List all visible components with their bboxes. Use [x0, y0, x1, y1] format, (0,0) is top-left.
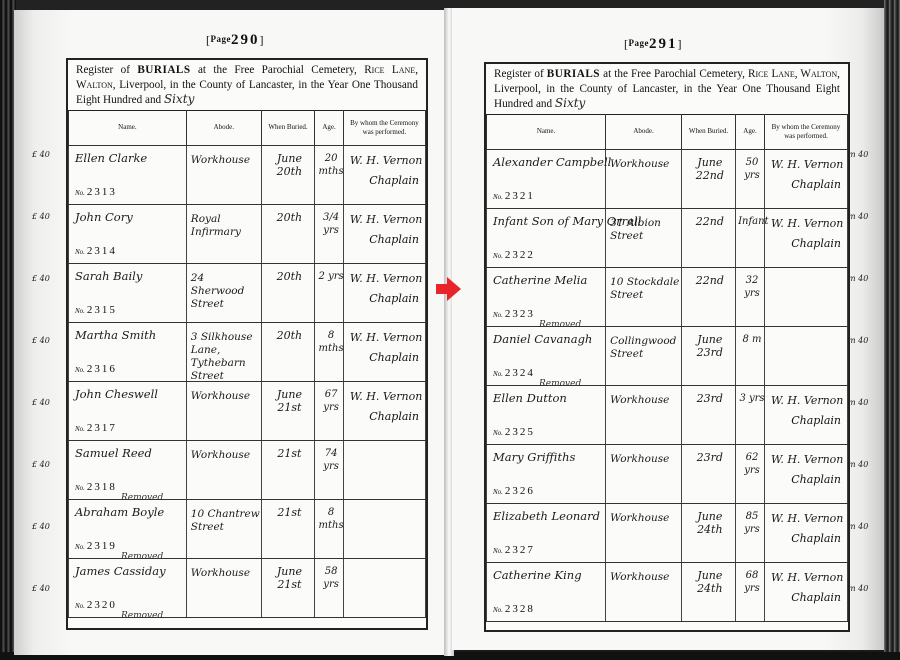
heading-year-handwritten: Sixty — [164, 92, 194, 106]
abode: 24 Sherwood Street — [191, 272, 261, 311]
age: 67 yrs — [317, 388, 345, 414]
entry-number-value: 2315 — [87, 304, 117, 316]
no-label: No. — [493, 488, 503, 496]
age: Infant — [738, 215, 766, 228]
when-buried: June 24th — [686, 569, 734, 595]
heading-text: Liverpool, in the County of Lancaster, i… — [76, 79, 418, 107]
heading-text: Liverpool, in the County of Lancaster, i… — [494, 83, 840, 111]
by-whom-cell: W. H. VernonChaplain — [764, 503, 847, 562]
heading-text: Register of — [76, 64, 137, 76]
name-cell: Ellen ClarkeNo.2313 — [69, 145, 187, 204]
when-buried-cell: June 24th — [681, 562, 735, 621]
column-header-when-buried: When Buried. — [261, 110, 315, 145]
register-heading: Register of BURIALS at the Free Parochia… — [486, 64, 848, 114]
by-whom-cell: W. H. VernonChaplain — [764, 562, 847, 621]
officiant: W. H. Vernon — [771, 158, 843, 171]
abode-cell: Workhouse — [186, 145, 261, 204]
no-label: No. — [75, 602, 85, 610]
heading-burials: BURIALS — [137, 64, 190, 76]
no-label: No. — [493, 370, 503, 378]
entry-number-value: 2321 — [505, 190, 535, 202]
margin-note: £ 40 — [32, 460, 50, 469]
margin-note: m 40 — [848, 584, 868, 593]
age: 8 mths — [317, 329, 345, 355]
deceased-name: Daniel Cavanagh — [493, 333, 592, 346]
abode: Royal Infirmary — [191, 213, 261, 239]
age-cell: 3 yrs — [736, 385, 765, 444]
no-label: No. — [75, 248, 85, 256]
when-buried-cell: 20th — [261, 204, 315, 263]
when-buried: June 21st — [266, 565, 313, 591]
entry-number: No.2318 — [75, 481, 117, 493]
column-header-abode: Abode. — [186, 110, 261, 145]
by-whom-cell — [764, 267, 847, 326]
table-row: James CassidayNo.2320RemovedWorkhouseJun… — [69, 558, 426, 617]
abode: Workhouse — [610, 453, 669, 466]
abode-cell: Workhouse — [186, 381, 261, 440]
when-buried-cell: 21st — [261, 499, 315, 558]
name-cell: John CheswellNo.2317 — [69, 381, 187, 440]
name-cell: Samuel ReedNo.2318Removed — [69, 440, 187, 499]
abode-cell: Workhouse — [606, 503, 682, 562]
by-whom-cell: W. H. VernonChaplain — [343, 204, 425, 263]
age-cell: 85 yrs — [736, 503, 765, 562]
when-buried: June 21st — [266, 388, 313, 414]
page-label: Page — [211, 34, 232, 44]
column-header-by-whom: By whom the Ceremony was performed. — [343, 110, 425, 145]
by-whom-cell — [764, 326, 847, 385]
age-cell: 8 mths — [315, 499, 344, 558]
officiant: W. H. Vernon — [771, 217, 843, 230]
when-buried-cell: 23rd — [681, 444, 735, 503]
entry-number: No.2327 — [493, 544, 535, 556]
table-row: Ellen ClarkeNo.2313WorkhouseJune 20th20 … — [69, 145, 426, 204]
no-label: No. — [493, 311, 503, 319]
register-heading: Register of BURIALS at the Free Parochia… — [68, 60, 426, 110]
deceased-name: Ellen Clarke — [75, 152, 147, 165]
table-row: Alexander CampbellNo.2321WorkhouseJune 2… — [487, 149, 848, 208]
table-row: Sarah BailyNo.231524 Sherwood Street20th… — [69, 263, 426, 322]
when-buried-cell: 21st — [261, 440, 315, 499]
margin-note: £ 40 — [32, 274, 50, 283]
when-buried-cell: June 20th — [261, 145, 315, 204]
table-row: Martha SmithNo.23163 Silkhouse Lane, Tyt… — [69, 322, 426, 381]
left-page-number: [Page290] — [206, 32, 264, 49]
column-header-abode: Abode. — [606, 114, 682, 149]
name-cell: Alexander CampbellNo.2321 — [487, 149, 606, 208]
entry-number-value: 2323 — [505, 308, 535, 320]
deceased-name: Catherine Melia — [493, 274, 587, 287]
age-cell: 8 m — [736, 326, 765, 385]
entry-number: No.2324 — [493, 367, 535, 379]
name-cell: Ellen DuttonNo.2325 — [487, 385, 606, 444]
margin-note: m 40 — [848, 150, 868, 159]
table-row: Catherine KingNo.2328WorkhouseJune 24th6… — [487, 562, 848, 621]
right-page-number: [Page291] — [624, 36, 682, 53]
margin-note: m 40 — [848, 398, 868, 407]
officiant-title: Chaplain — [791, 414, 841, 427]
entry-number-value: 2313 — [87, 186, 117, 198]
abode: 31 Albion Street — [610, 217, 681, 243]
age-cell: 74 yrs — [315, 440, 344, 499]
deceased-name: James Cassiday — [75, 565, 166, 578]
by-whom-cell — [343, 440, 425, 499]
officiant: W. H. Vernon — [350, 213, 422, 226]
when-buried: 20th — [266, 270, 313, 283]
no-label: No. — [493, 429, 503, 437]
margin-note: £ 40 — [32, 584, 50, 593]
abode: Workhouse — [610, 571, 669, 584]
when-buried-cell: June 23rd — [681, 326, 735, 385]
age: 32 yrs — [738, 274, 766, 300]
when-buried: June 24th — [686, 510, 734, 536]
officiant: W. H. Vernon — [771, 453, 843, 466]
by-whom-cell: W. H. VernonChaplain — [764, 385, 847, 444]
age-cell: 20 mths — [315, 145, 344, 204]
by-whom-cell: W. H. VernonChaplain — [343, 381, 425, 440]
when-buried: 21st — [266, 447, 313, 460]
margin-note: £ 40 — [32, 398, 50, 407]
margin-note: £ 40 — [32, 522, 50, 531]
page-number-value: 291 — [649, 36, 678, 52]
officiant-title: Chaplain — [369, 410, 419, 423]
entry-number-value: 2320 — [87, 599, 117, 611]
name-cell: Abraham BoyleNo.2319Removed — [69, 499, 187, 558]
name-cell: Mary GriffithsNo.2326 — [487, 444, 606, 503]
burial-table: Name. Abode. When Buried. Age. By whom t… — [486, 114, 848, 622]
heading-text: Register of — [494, 68, 547, 80]
age-cell: 2 yrs — [315, 263, 344, 322]
when-buried: 22nd — [686, 274, 734, 287]
by-whom-cell: W. H. VernonChaplain — [764, 444, 847, 503]
entry-number: No.2316 — [75, 363, 117, 375]
age: 3 yrs — [738, 392, 766, 405]
age: 68 yrs — [738, 569, 766, 595]
when-buried: 23rd — [686, 451, 734, 464]
margin-note: £ 40 — [32, 336, 50, 345]
table-row: Daniel CavanaghNo.2324RemovedCollingwood… — [487, 326, 848, 385]
table-row: John CheswellNo.2317WorkhouseJune 21st67… — [69, 381, 426, 440]
abode: Collingwood Street — [610, 335, 681, 361]
abode: 10 Chantrew Street — [191, 508, 261, 534]
abode: Workhouse — [610, 158, 669, 171]
entry-number-value: 2319 — [87, 540, 117, 552]
table-row: Abraham BoyleNo.2319Removed10 Chantrew S… — [69, 499, 426, 558]
entry-number: No.2314 — [75, 245, 117, 257]
age: 74 yrs — [317, 447, 345, 473]
age-cell: 62 yrs — [736, 444, 765, 503]
heading-location: Rice Lane, Walton, — [748, 68, 840, 80]
age: 3/4 yrs — [317, 211, 345, 237]
no-label: No. — [493, 606, 503, 614]
deceased-name: Ellen Dutton — [493, 392, 567, 405]
deceased-name: Martha Smith — [75, 329, 156, 342]
officiant: W. H. Vernon — [771, 512, 843, 525]
no-label: No. — [75, 425, 85, 433]
deceased-name: Elizabeth Leonard — [493, 510, 600, 523]
no-label: No. — [75, 543, 85, 551]
name-cell: Sarah BailyNo.2315 — [69, 263, 187, 322]
entry-number: No.2326 — [493, 485, 535, 497]
heading-burials: BURIALS — [547, 68, 600, 80]
register-book-spread: [Page290] Register of BURIALS at the Fre… — [0, 0, 900, 660]
age-cell: 50 yrs — [736, 149, 765, 208]
deceased-name: Catherine King — [493, 569, 582, 582]
table-header-row: Name. Abode. When Buried. Age. By whom t… — [69, 110, 426, 145]
column-header-by-whom: By whom the Ceremony was performed. — [764, 114, 847, 149]
column-header-name: Name. — [487, 114, 606, 149]
age-cell: 58 yrs — [315, 558, 344, 617]
entry-number: No.2328 — [493, 603, 535, 615]
margin-note: m 40 — [848, 522, 868, 531]
abode-cell: Workhouse — [606, 562, 682, 621]
age: 58 yrs — [317, 565, 345, 591]
age-cell: Infant — [736, 208, 765, 267]
abode-cell: 24 Sherwood Street — [186, 263, 261, 322]
deceased-name: Samuel Reed — [75, 447, 152, 460]
table-row: Infant Son of Mary OrrellNo.232231 Albio… — [487, 208, 848, 267]
age: 20 mths — [317, 152, 345, 178]
deceased-name: Mary Griffiths — [493, 451, 575, 464]
when-buried-cell: June 24th — [681, 503, 735, 562]
when-buried-cell: 20th — [261, 263, 315, 322]
abode-cell: Workhouse — [606, 444, 682, 503]
officiant-title: Chaplain — [791, 237, 841, 250]
by-whom-cell — [343, 558, 425, 617]
no-label: No. — [75, 189, 85, 197]
abode: Workhouse — [191, 567, 250, 580]
entry-number: No.2323 — [493, 308, 535, 320]
left-register-table: Register of BURIALS at the Free Parochia… — [66, 58, 428, 630]
entry-number-value: 2322 — [505, 249, 535, 261]
entry-number-value: 2326 — [505, 485, 535, 497]
entry-number: No.2325 — [493, 426, 535, 438]
when-buried: 20th — [266, 211, 313, 224]
when-buried: 21st — [266, 506, 313, 519]
officiant: W. H. Vernon — [771, 394, 843, 407]
when-buried-cell: 22nd — [681, 208, 735, 267]
table-row: Elizabeth LeonardNo.2327WorkhouseJune 24… — [487, 503, 848, 562]
table-row: Ellen DuttonNo.2325Workhouse23rd3 yrsW. … — [487, 385, 848, 444]
margin-note: m 40 — [848, 460, 868, 469]
arrow-head — [447, 277, 461, 301]
by-whom-cell — [343, 499, 425, 558]
table-row: Samuel ReedNo.2318RemovedWorkhouse21st74… — [69, 440, 426, 499]
entry-number: No.2315 — [75, 304, 117, 316]
officiant-title: Chaplain — [791, 178, 841, 191]
name-cell: Catherine KingNo.2328 — [487, 562, 606, 621]
entry-number: No.2321 — [493, 190, 535, 202]
when-buried: 20th — [266, 329, 313, 342]
column-header-name: Name. — [69, 110, 187, 145]
margin-note: £ 40 — [32, 212, 50, 221]
officiant: W. H. Vernon — [771, 571, 843, 584]
officiant-title: Chaplain — [369, 174, 419, 187]
no-label: No. — [75, 366, 85, 374]
entry-number-value: 2314 — [87, 245, 117, 257]
deceased-name: Alexander Campbell — [493, 156, 611, 169]
table-row: Catherine MeliaNo.2323Removed10 Stockdal… — [487, 267, 848, 326]
when-buried-cell: June 22nd — [681, 149, 735, 208]
entry-number: No.2319 — [75, 540, 117, 552]
by-whom-cell: W. H. VernonChaplain — [343, 263, 425, 322]
abode: Workhouse — [191, 390, 250, 403]
no-label: No. — [493, 252, 503, 260]
remark: Removed — [121, 611, 163, 621]
abode-cell: Workhouse — [606, 385, 682, 444]
officiant-title: Chaplain — [369, 233, 419, 246]
abode-cell: 31 Albion Street — [606, 208, 682, 267]
table-row: Mary GriffithsNo.2326Workhouse23rd62 yrs… — [487, 444, 848, 503]
officiant-title: Chaplain — [791, 532, 841, 545]
by-whom-cell: W. H. VernonChaplain — [343, 145, 425, 204]
abode-cell: Collingwood Street — [606, 326, 682, 385]
margin-note: £ 40 — [32, 150, 50, 159]
column-header-age: Age. — [736, 114, 765, 149]
abode: 10 Stockdale Street — [610, 276, 681, 302]
age: 2 yrs — [317, 270, 345, 283]
entry-number-value: 2327 — [505, 544, 535, 556]
officiant: W. H. Vernon — [350, 390, 422, 403]
no-label: No. — [493, 547, 503, 555]
abode: Workhouse — [191, 154, 250, 167]
name-cell: Daniel CavanaghNo.2324Removed — [487, 326, 606, 385]
deceased-name: John Cory — [75, 211, 133, 224]
column-header-when-buried: When Buried. — [681, 114, 735, 149]
entry-number-value: 2316 — [87, 363, 117, 375]
when-buried: 23rd — [686, 392, 734, 405]
margin-note: m 40 — [848, 274, 868, 283]
name-cell: John CoryNo.2314 — [69, 204, 187, 263]
abode: Workhouse — [610, 512, 669, 525]
officiant: W. H. Vernon — [350, 331, 422, 344]
name-cell: Elizabeth LeonardNo.2327 — [487, 503, 606, 562]
officiant: W. H. Vernon — [350, 272, 422, 285]
abode-cell: Workhouse — [186, 440, 261, 499]
deceased-name: John Cheswell — [75, 388, 158, 401]
age: 8 mths — [317, 506, 345, 532]
when-buried-cell: 20th — [261, 322, 315, 381]
name-cell: Catherine MeliaNo.2323Removed — [487, 267, 606, 326]
deceased-name: Abraham Boyle — [75, 506, 164, 519]
when-buried: 22nd — [686, 215, 734, 228]
abode: 3 Silkhouse Lane, Tythebarn Street — [191, 331, 261, 383]
entry-number-value: 2317 — [87, 422, 117, 434]
name-cell: Martha SmithNo.2316 — [69, 322, 187, 381]
when-buried-cell: June 21st — [261, 381, 315, 440]
officiant: W. H. Vernon — [350, 154, 422, 167]
abode: Workhouse — [610, 394, 669, 407]
name-cell: James CassidayNo.2320Removed — [69, 558, 187, 617]
when-buried-cell: 22nd — [681, 267, 735, 326]
name-cell: Infant Son of Mary OrrellNo.2322 — [487, 208, 606, 267]
age: 85 yrs — [738, 510, 766, 536]
page-number-value: 290 — [231, 32, 260, 48]
abode-cell: Royal Infirmary — [186, 204, 261, 263]
no-label: No. — [75, 307, 85, 315]
entry-number-value: 2325 — [505, 426, 535, 438]
abode-cell: 3 Silkhouse Lane, Tythebarn Street — [186, 322, 261, 381]
abode-cell: 10 Stockdale Street — [606, 267, 682, 326]
when-buried-cell: 23rd — [681, 385, 735, 444]
right-register-table: Register of BURIALS at the Free Parochia… — [484, 62, 850, 632]
heading-text: at the Free Parochial Cemetery, — [600, 68, 748, 80]
page-label: Page — [629, 38, 650, 48]
heading-year-handwritten: Sixty — [555, 96, 585, 110]
entry-number-value: 2318 — [87, 481, 117, 493]
book-edge-right — [884, 0, 900, 660]
when-buried: June 23rd — [686, 333, 734, 359]
table-header-row: Name. Abode. When Buried. Age. By whom t… — [487, 114, 848, 149]
abode-cell: 10 Chantrew Street — [186, 499, 261, 558]
no-label: No. — [493, 193, 503, 201]
abode: Workhouse — [191, 449, 250, 462]
by-whom-cell: W. H. VernonChaplain — [343, 322, 425, 381]
officiant-title: Chaplain — [791, 591, 841, 604]
by-whom-cell: W. H. VernonChaplain — [764, 149, 847, 208]
table-row: John CoryNo.2314Royal Infirmary20th3/4 y… — [69, 204, 426, 263]
entry-number-value: 2328 — [505, 603, 535, 615]
when-buried: June 22nd — [686, 156, 734, 182]
abode-cell: Workhouse — [186, 558, 261, 617]
column-header-age: Age. — [315, 110, 344, 145]
abode-cell: Workhouse — [606, 149, 682, 208]
officiant-title: Chaplain — [369, 351, 419, 364]
entry-number: No.2322 — [493, 249, 535, 261]
age-cell: 8 mths — [315, 322, 344, 381]
age: 62 yrs — [738, 451, 766, 477]
age-cell: 68 yrs — [736, 562, 765, 621]
burial-table: Name. Abode. When Buried. Age. By whom t… — [68, 110, 426, 618]
age: 8 m — [738, 333, 766, 346]
officiant-title: Chaplain — [791, 473, 841, 486]
entry-number: No.2320 — [75, 599, 117, 611]
entry-number-value: 2324 — [505, 367, 535, 379]
margin-note: m 40 — [848, 336, 868, 345]
margin-note: m 40 — [848, 212, 868, 221]
when-buried-cell: June 21st — [261, 558, 315, 617]
entry-number: No.2313 — [75, 186, 117, 198]
when-buried: June 20th — [266, 152, 313, 178]
age-cell: 67 yrs — [315, 381, 344, 440]
age: 50 yrs — [738, 156, 766, 182]
no-label: No. — [75, 484, 85, 492]
age-cell: 32 yrs — [736, 267, 765, 326]
deceased-name: Sarah Baily — [75, 270, 142, 283]
entry-number: No.2317 — [75, 422, 117, 434]
by-whom-cell: W. H. VernonChaplain — [764, 208, 847, 267]
heading-text: at the Free Parochial Cemetery, — [191, 64, 365, 76]
age-cell: 3/4 yrs — [315, 204, 344, 263]
officiant-title: Chaplain — [369, 292, 419, 305]
